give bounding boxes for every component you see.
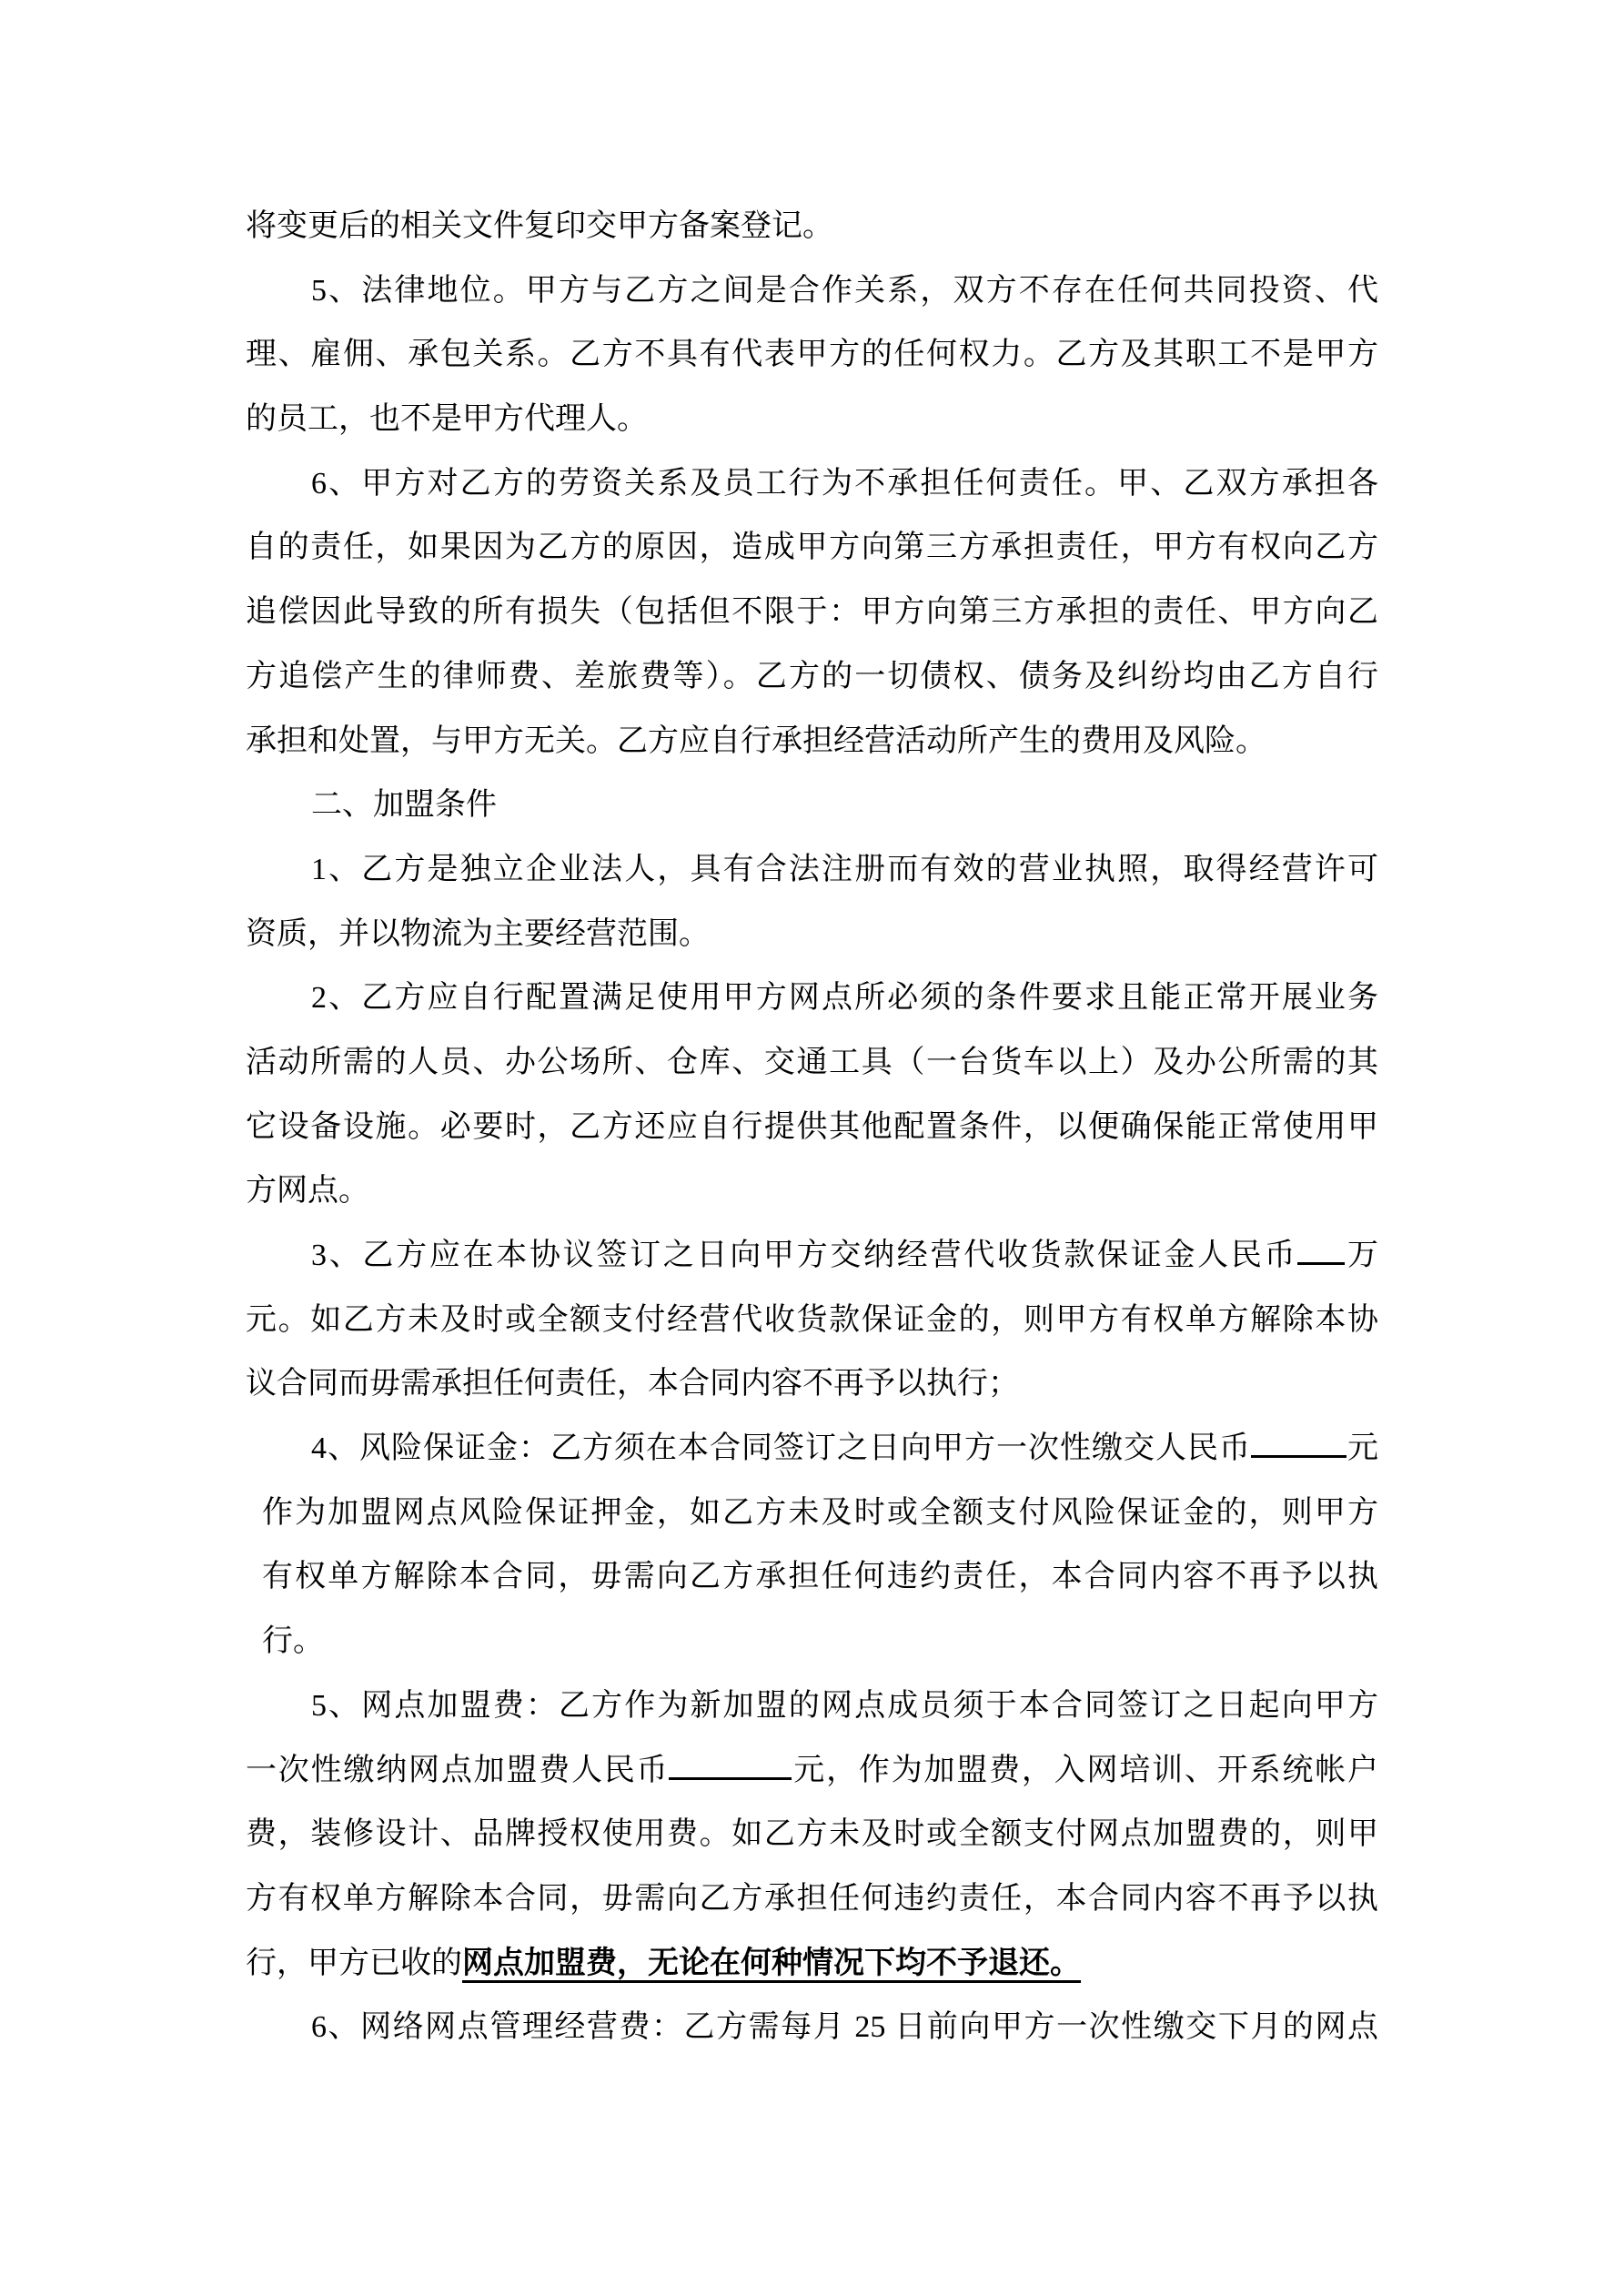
text-segment: 方网点。 — [246, 1174, 369, 1208]
text-segment: 追偿因此导致的所有损失（包括但不限于：甲方向第三方承担的责任、甲方向乙 — [246, 595, 1378, 629]
text-line: 二、加盟条件 — [246, 774, 1378, 838]
text-segment: 有权单方解除本合同，毋需向乙方承担任何违约责任，本合同内容不再予以执 — [262, 1560, 1378, 1593]
text-segment: 元，作为加盟费，入网培训、开系统帐户 — [792, 1754, 1378, 1787]
contract-text-block: 将变更后的相关文件复印交甲方备案登记。5、法律地位。甲方与乙方之间是合作关系，双… — [246, 195, 1378, 2060]
text-segment: 议合同而毋需承担任何责任，本合同内容不再予以执行； — [246, 1367, 1019, 1401]
text-segment: 将变更后的相关文件复印交甲方备案登记。 — [246, 209, 833, 243]
text-segment: 方追偿产生的律师费、差旅费等）。乙方的一切债权、债务及纠纷均由乙方自行 — [246, 660, 1378, 693]
text-segment: 元 — [1347, 1431, 1378, 1465]
text-segment: 行。 — [262, 1624, 324, 1658]
text-segment: 5、网点加盟费：乙方作为新加盟的网点成员须于本合同签订之日起向甲方 — [311, 1689, 1378, 1723]
text-segment: 自的责任，如果因为乙方的原因，造成甲方向第三方承担责任，甲方有权向乙方 — [246, 531, 1378, 564]
blank-underline — [669, 1775, 792, 1780]
text-segment: 的员工，也不是甲方代理人。 — [246, 402, 648, 436]
text-line: 5、网点加盟费：乙方作为新加盟的网点成员须于本合同签订之日起向甲方 — [246, 1674, 1378, 1739]
text-segment: 5、法律地位。甲方与乙方之间是合作关系，双方不存在任何共同投资、代 — [311, 274, 1378, 308]
text-segment: 它设备设施。必要时，乙方还应自行提供其他配置条件，以便确保能正常使用甲 — [246, 1110, 1378, 1144]
text-line: 6、网络网点管理经营费：乙方需每月 25 日前向甲方一次性缴交下月的网点 — [246, 1996, 1378, 2060]
blank-underline — [1297, 1260, 1345, 1265]
text-line: 议合同而毋需承担任何责任，本合同内容不再予以执行； — [246, 1352, 1378, 1417]
text-line: 行，甲方已收的网点加盟费，无论在何种情况下均不予退还。 — [246, 1932, 1378, 1997]
text-line: 元。如乙方未及时或全额支付经营代收货款保证金的，则甲方有权单方解除本协 — [246, 1289, 1378, 1353]
contract-page: 将变更后的相关文件复印交甲方备案登记。5、法律地位。甲方与乙方之间是合作关系，双… — [0, 0, 1624, 2296]
text-line: 它设备设施。必要时，乙方还应自行提供其他配置条件，以便确保能正常使用甲 — [246, 1096, 1378, 1160]
text-line: 4、风险保证金：乙方须在本合同签订之日向甲方一次性缴交人民币元 — [246, 1417, 1378, 1482]
text-line: 方有权单方解除本合同，毋需向乙方承担任何违约责任，本合同内容不再予以执 — [246, 1867, 1378, 1932]
text-segment: 承担和处置，与甲方无关。乙方应自行承担经营活动所产生的费用及风险。 — [246, 724, 1266, 758]
text-line: 作为加盟网点风险保证押金，如乙方未及时或全额支付风险保证金的，则甲方 — [246, 1482, 1378, 1546]
text-segment: 二、加盟条件 — [311, 788, 497, 822]
text-line: 将变更后的相关文件复印交甲方备案登记。 — [246, 195, 1378, 259]
text-line: 理、雇佣、承包关系。乙方不具有代表甲方的任何权力。乙方及其职工不是甲方 — [246, 323, 1378, 388]
text-segment: 1、乙方是独立企业法人，具有合法注册而有效的营业执照，取得经营许可 — [311, 853, 1378, 886]
text-segment: 行，甲方已收的 — [246, 1947, 462, 1980]
text-line: 资质，并以物流为主要经营范围。 — [246, 903, 1378, 967]
text-segment: 作为加盟网点风险保证押金，如乙方未及时或全额支付风险保证金的，则甲方 — [262, 1496, 1378, 1530]
text-line: 方网点。 — [246, 1159, 1378, 1224]
text-line: 6、甲方对乙方的劳资关系及员工行为不承担任何责任。甲、乙双方承担各 — [246, 452, 1378, 517]
text-segment: 6、甲方对乙方的劳资关系及员工行为不承担任何责任。甲、乙双方承担各 — [311, 467, 1378, 501]
text-segment: 方有权单方解除本合同，毋需向乙方承担任何违约责任，本合同内容不再予以执 — [246, 1882, 1378, 1916]
text-line: 自的责任，如果因为乙方的原因，造成甲方向第三方承担责任，甲方有权向乙方 — [246, 516, 1378, 581]
text-line: 2、乙方应自行配置满足使用甲方网点所必须的条件要求且能正常开展业务 — [246, 966, 1378, 1031]
text-segment: 2、乙方应自行配置满足使用甲方网点所必须的条件要求且能正常开展业务 — [311, 981, 1378, 1015]
text-line: 有权单方解除本合同，毋需向乙方承担任何违约责任，本合同内容不再予以执 — [246, 1545, 1378, 1610]
text-line: 一次性缴纳网点加盟费人民币元，作为加盟费，入网培训、开系统帐户 — [246, 1739, 1378, 1804]
text-segment: 万 — [1345, 1239, 1378, 1272]
text-segment: 4、风险保证金：乙方须在本合同签订之日向甲方一次性缴交人民币 — [311, 1431, 1251, 1465]
text-line: 3、乙方应在本协议签订之日向甲方交纳经营代收货款保证金人民币万 — [246, 1224, 1378, 1289]
text-line: 方追偿产生的律师费、差旅费等）。乙方的一切债权、债务及纠纷均由乙方自行 — [246, 645, 1378, 710]
text-segment: 活动所需的人员、办公场所、仓库、交通工具（一台货车以上）及办公所需的其 — [246, 1046, 1378, 1079]
text-line: 行。 — [246, 1610, 1378, 1674]
text-line: 1、乙方是独立企业法人，具有合法注册而有效的营业执照，取得经营许可 — [246, 838, 1378, 903]
text-segment: 元。如乙方未及时或全额支付经营代收货款保证金的，则甲方有权单方解除本协 — [246, 1303, 1378, 1337]
text-segment: 资质，并以物流为主要经营范围。 — [246, 917, 710, 951]
text-line: 活动所需的人员、办公场所、仓库、交通工具（一台货车以上）及办公所需的其 — [246, 1031, 1378, 1096]
text-segment: 费，装修设计、品牌授权使用费。如乙方未及时或全额支付网点加盟费的，则甲 — [246, 1817, 1378, 1851]
text-segment: 一次性缴纳网点加盟费人民币 — [246, 1754, 669, 1787]
text-line: 的员工，也不是甲方代理人。 — [246, 388, 1378, 452]
text-segment: 6、网络网点管理经营费：乙方需每月 25 日前向甲方一次性缴交下月的网点 — [311, 2010, 1378, 2044]
text-segment: 理、雇佣、承包关系。乙方不具有代表甲方的任何权力。乙方及其职工不是甲方 — [246, 338, 1378, 371]
text-line: 承担和处置，与甲方无关。乙方应自行承担经营活动所产生的费用及风险。 — [246, 710, 1378, 774]
text-segment: 3、乙方应在本协议签订之日向甲方交纳经营代收货款保证金人民币 — [311, 1239, 1297, 1272]
text-line: 追偿因此导致的所有损失（包括但不限于：甲方向第三方承担的责任、甲方向乙 — [246, 581, 1378, 645]
text-line: 5、法律地位。甲方与乙方之间是合作关系，双方不存在任何共同投资、代 — [246, 259, 1378, 324]
emphasized-clause: 网点加盟费，无论在何种情况下均不予退还。 — [462, 1947, 1081, 1980]
blank-underline — [1251, 1453, 1347, 1458]
text-line: 费，装修设计、品牌授权使用费。如乙方未及时或全额支付网点加盟费的，则甲 — [246, 1803, 1378, 1867]
